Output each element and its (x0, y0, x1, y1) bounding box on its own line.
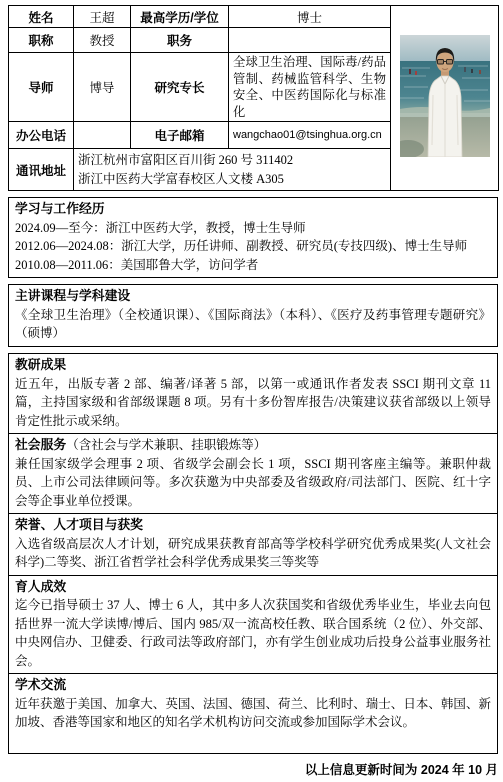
title-label: 职称 (9, 28, 74, 53)
section-title: 主讲课程与学科建设 (15, 287, 491, 306)
section-exchange: 学术交流 近年获邀于美国、加拿大、英国、法国、德国、荷兰、比利时、瑞士、日本、韩… (8, 674, 498, 754)
duty-label: 职务 (131, 28, 229, 53)
name-value: 王超 (74, 6, 131, 28)
section-research: 教研成果 近五年，出版专著 2 部、编著/译著 5 部，以第一或通讯作者发表 S… (8, 353, 498, 434)
update-time-note: 以上信息更新时间为 2024 年 10 月 (8, 760, 498, 782)
address-line-2: 浙江中医药大学富春校区人文楼 A305 (78, 170, 386, 189)
section-body: 近年获邀于美国、加拿大、英国、法国、德国、荷兰、比利时、瑞士、日本、韩国、新加坡… (15, 695, 491, 732)
joined-sections: 教研成果 近五年，出版专著 2 部、编著/译著 5 部，以第一或通讯作者发表 S… (8, 353, 498, 754)
table-row: 姓名 王超 最高学历/学位 博士 (9, 6, 499, 28)
section-body: 近五年，出版专著 2 部、编著/译著 5 部，以第一或通讯作者发表 SSCI 期… (15, 375, 491, 431)
duty-value (229, 28, 391, 53)
section-subtitle: （含社会与学术兼职、挂职锻炼等） (66, 438, 266, 452)
section-courses: 主讲课程与学科建设 《全球卫生治理》（全校通识课）、《国际商法》（本科）、《医疗… (8, 284, 498, 347)
mentor-value: 博导 (74, 53, 131, 122)
profile-photo (400, 35, 490, 157)
email-value: wangchao01@tsinghua.org.cn (229, 122, 391, 149)
section-body: 迄今已指导硕士 37 人、博士 6 人，其中多人次获国奖和省级优秀毕业生，毕业去… (15, 596, 491, 670)
degree-value: 博士 (229, 6, 391, 28)
section-title: 社会服务（含社会与学术兼职、挂职锻炼等） (15, 436, 491, 455)
section-body: 兼任国家级学会理事 2 项、省级学会副会长 1 项，SSCI 期刊客座主编等。兼… (15, 455, 491, 511)
section-title: 教研成果 (15, 356, 491, 375)
section-body: 《全球卫生治理》（全校通识课）、《国际商法》（本科）、《医疗及药事管理专题研究》… (15, 306, 491, 343)
section-title: 育人成效 (15, 578, 491, 597)
phone-value (74, 122, 131, 149)
section-title: 学习与工作经历 (15, 200, 491, 219)
section-title: 荣誉、人才项目与获奖 (15, 516, 491, 535)
degree-label: 最高学历/学位 (131, 6, 229, 28)
specialty-value: 全球卫生治理、国际毒/药品管制、药械监管科学、生物安全、中医药国际化与标准化 (229, 53, 391, 122)
section-title: 学术交流 (15, 676, 491, 695)
specialty-label: 研究专长 (131, 53, 229, 122)
address-label: 通讯地址 (9, 149, 74, 191)
section-honors: 荣誉、人才项目与获奖 入选省级高层次人才计划，研究成果获教育部高等学校科学研究优… (8, 514, 498, 576)
mentor-label: 导师 (9, 53, 74, 122)
email-label: 电子邮箱 (131, 122, 229, 149)
section-experience: 学习与工作经历 2024.09—至今：浙江中医药大学，教授，博士生导师 2012… (8, 197, 498, 278)
address-line-1: 浙江杭州市富阳区百川街 260 号 311402 (78, 151, 386, 170)
section-body: 入选省级高层次人才计划，研究成果获教育部高等学校科学研究优秀成果奖(人文社会科学… (15, 535, 491, 572)
title-value: 教授 (74, 28, 131, 53)
section-mentoring: 育人成效 迄今已指导硕士 37 人、博士 6 人，其中多人次获国奖和省级优秀毕业… (8, 576, 498, 675)
photo-cell (391, 6, 499, 191)
phone-label: 办公电话 (9, 122, 74, 149)
name-label: 姓名 (9, 6, 74, 28)
experience-line: 2010.08—2011.06：美国耶鲁大学，访问学者 (15, 256, 491, 275)
profile-table: 姓名 王超 最高学历/学位 博士 (8, 5, 499, 191)
experience-line: 2012.06—2024.08：浙江大学，历任讲师、副教授、研究员(专技四级)、… (15, 237, 491, 256)
experience-line: 2024.09—至今：浙江中医药大学，教授，博士生导师 (15, 219, 491, 238)
cv-document: 姓名 王超 最高学历/学位 博士 (0, 0, 503, 782)
address-value: 浙江杭州市富阳区百川街 260 号 311402 浙江中医药大学富春校区人文楼 … (74, 149, 391, 191)
section-service: 社会服务（含社会与学术兼职、挂职锻炼等） 兼任国家级学会理事 2 项、省级学会副… (8, 434, 498, 514)
